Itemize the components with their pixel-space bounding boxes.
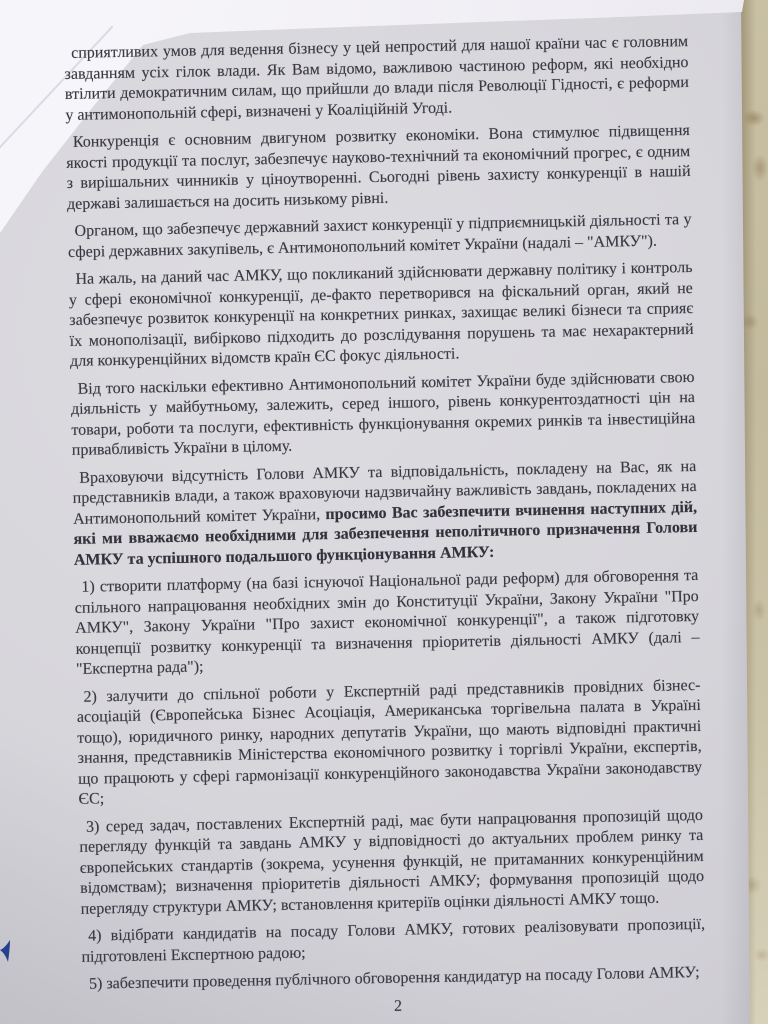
list-item: 5) забезпечити проведення публічного обг… (82, 963, 706, 995)
paragraph: На жаль, на даний час АМКУ, що покликани… (68, 258, 694, 372)
list-item: 3) серед задач, поставлених Експертній р… (79, 805, 705, 919)
list-item: 4) відібрати кандидатів на посаду Голови… (81, 915, 706, 968)
ink-mark (0, 938, 12, 964)
paragraph: Конкуренція є основним двигуном розвитку… (66, 121, 691, 215)
paragraph: Враховуючи відсутність Голови АМКУ та ві… (72, 456, 698, 570)
page-number: 2 (82, 990, 706, 1022)
list-item: 1) створити платформу (на базі існуючої … (74, 566, 700, 680)
photo-frame: сприятливих умов для ведення бізнесу у ц… (0, 0, 768, 1024)
paragraph: сприятливих умов для ведення бізнесу у ц… (64, 32, 689, 126)
list-item: 2) залучити до спільної роботи у Експерт… (76, 675, 702, 810)
paragraph: Від того наскільки ефективно Антимонопол… (70, 367, 695, 461)
paragraph: Органом, що забезпечує державний захист … (67, 210, 692, 263)
document-body: сприятливих умов для ведення бізнесу у ц… (64, 32, 707, 1024)
